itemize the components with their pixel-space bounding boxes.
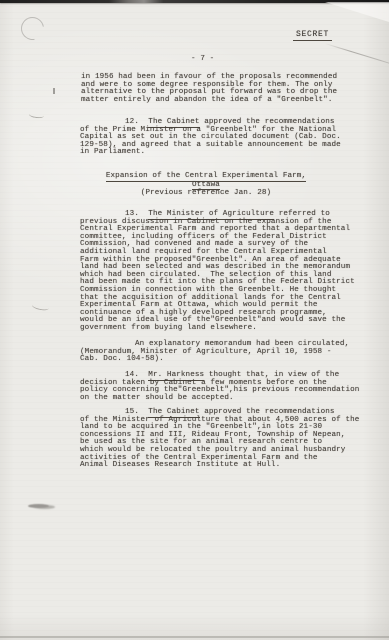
heading-previous-reference: (Previous reference Jan. 28) <box>86 189 326 198</box>
heading-line-1: Expansion of the Central Experimental Fa… <box>86 172 326 181</box>
paragraph-number: 14. <box>125 371 148 379</box>
paragraph-text: (Memorandum, Minister of Agriculture, Ap… <box>80 349 349 364</box>
scan-bottom-edge <box>0 636 389 638</box>
page-number: - 7 - <box>191 56 214 64</box>
paragraph-12: 12. The Cabinet approved the recommendat… <box>80 119 341 157</box>
paragraph-number: 13. <box>125 210 148 218</box>
paragraph-13: 13. The Minister of Agriculture referred… <box>80 211 355 333</box>
margin-pencil-mark <box>31 301 49 311</box>
paragraph-intro: in 1956 had been in favour of the propos… <box>81 74 337 104</box>
classification-text: SECRET <box>293 30 332 41</box>
paragraph-memo-reference: An explanatory memorandum had been circu… <box>80 341 349 364</box>
section-heading: Expansion of the Central Experimental Fa… <box>86 172 326 198</box>
ink-smudge <box>28 504 49 508</box>
first-line-text: thought that, in view of the <box>204 371 339 379</box>
margin-tick-mark <box>53 88 55 94</box>
margin-pencil-mark <box>29 111 45 119</box>
paragraph-15: 15. The Cabinet approved the recommendat… <box>80 409 359 470</box>
paragraph-text: of the Minister of Agriculture that abou… <box>80 417 359 470</box>
paragraph-text: in 1956 had been in favour of the propos… <box>81 74 337 104</box>
first-line-text: approved the recommendations <box>200 118 335 126</box>
paragraph-14: 14. Mr. Harkness thought that, in view o… <box>80 372 359 402</box>
first-line-text: referred to <box>274 210 330 218</box>
paper-crease <box>325 43 389 64</box>
first-line-text: approved the recommendations <box>200 408 335 416</box>
paper-corner-highlight <box>325 2 389 22</box>
paragraph-number: 12. <box>125 118 148 126</box>
heading-line-2: Ottawa <box>86 181 326 190</box>
paragraph-number: 15. <box>125 408 148 416</box>
document-page: SECRET - 7 - in 1956 had been in favour … <box>0 0 389 640</box>
punch-hole-mark <box>16 12 48 44</box>
classification-stamp: SECRET <box>293 31 332 39</box>
paragraph-text: previous discussion in Cabinet on the ex… <box>80 219 355 333</box>
paragraph-text: of the Prime Minister on a "Greenbelt" f… <box>80 127 341 157</box>
paragraph-text: decision taken by Cabinet a few moments … <box>80 380 359 403</box>
